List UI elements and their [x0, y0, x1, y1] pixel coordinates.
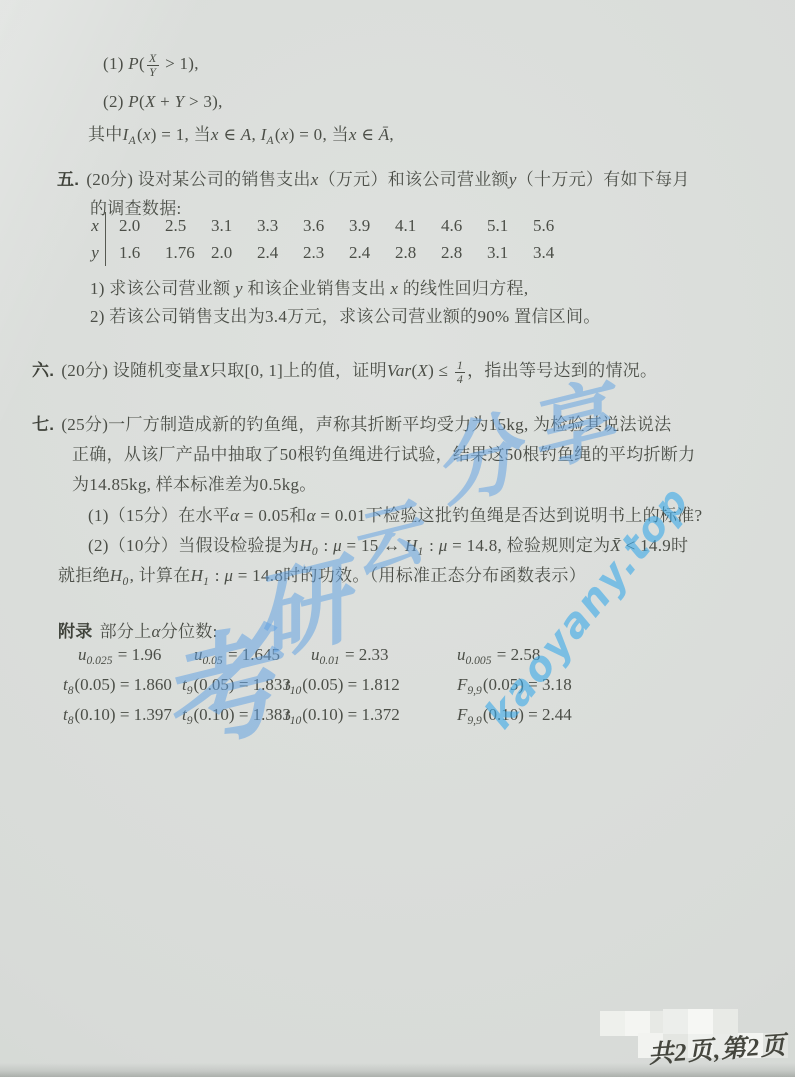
problem5-part2: 2) 若该公司销售支出为3.4万元，求该公司营业额的90% 置信区间。: [90, 302, 601, 327]
appendix-label: 附录: [58, 622, 93, 641]
quantile-cell: u0.025 = 1.96: [63, 645, 182, 675]
quantile-cell: u0.005 = 2.58: [457, 645, 572, 675]
problem5-part1: 1) 求该公司营业额 y 和该企业销售支出 x 的线性回归方程,: [90, 274, 528, 299]
quantile-cell: t9(0.05) = 1.833: [182, 675, 285, 705]
problem5-heading: 五.(20分) 设对某公司的销售支出x（万元）和该公司营业额y（十万元）有如下每…: [57, 165, 690, 190]
survey-data-table: x 2.02.53.13.33.63.94.14.65.15.6 y 1.61.…: [85, 212, 579, 266]
quantile-cell: t8(0.05) = 1.860: [63, 675, 182, 705]
problem6-text: (20分) 设随机变量X只取[0, 1]上的值，证明Var(X) ≤ 14，指出…: [61, 361, 657, 380]
survey-row-x: x 2.02.53.13.33.63.94.14.65.15.6: [85, 212, 579, 239]
quantile-cell: F9,9(0.05) = 3.18: [457, 675, 572, 705]
quantile-table: u0.025 = 1.96 u0.05 = 1.645 u0.01 = 2.33…: [63, 645, 572, 735]
problem7-number: 七.: [32, 415, 54, 434]
scanned-exam-page: (1) P(XY > 1), (2) P(X + Y > 3), 其中IA(x)…: [0, 0, 795, 1077]
problem7-line1-text: (25分)一厂方制造成新的钓鱼绳，声称其折断平均受力为15kg, 为检验其说法说…: [61, 415, 671, 434]
survey-row-x-label: x: [85, 212, 106, 239]
prob4-item2: (2) P(X + Y > 3),: [103, 92, 223, 112]
problem6-line: 六.(20分) 设随机变量X只取[0, 1]上的值，证明Var(X) ≤ 14，…: [32, 356, 657, 387]
appendix-heading-text: 部分上α分位数:: [100, 622, 218, 641]
problem7-line2: 正确，从该厂产品中抽取了50根钓鱼绳进行试验，结果这50根钓鱼绳的平均折断力: [72, 440, 695, 465]
survey-row-x-values: 2.02.53.13.33.63.94.14.65.15.6: [106, 212, 579, 239]
mosaic-block: [663, 1009, 688, 1034]
quantile-cell: u0.05 = 1.645: [182, 645, 285, 675]
problem7-line1: 七.(25分)一厂方制造成新的钓鱼绳，声称其折断平均受力为15kg, 为检验其说…: [32, 410, 671, 435]
quantile-cell: t9(0.10) = 1.383: [182, 705, 285, 735]
quantile-cell: t10(0.10) = 1.372: [285, 705, 457, 735]
survey-row-y-label: y: [85, 239, 106, 266]
survey-row-y-values: 1.61.762.02.42.32.42.82.83.13.4: [106, 239, 579, 266]
problem7-part2-line2: 就拒绝H0, 计算在H1 : μ = 14.8时的功效。（用标准正态分布函数表示…: [58, 561, 586, 588]
quantile-cell: t8(0.10) = 1.397: [63, 705, 182, 735]
prob4-indicator-note: 其中IA(x) = 1, 当x ∈ A, IA(x) = 0, 当x ∈ Ā,: [88, 120, 394, 147]
prob4-item1: (1) P(XY > 1),: [103, 52, 199, 80]
problem7-part2-line1: (2)（10分）当假设检验提为H0 : μ = 15 ↔ H1 : μ = 14…: [88, 531, 688, 558]
problem7-line3: 为14.85kg, 样本标准差为0.5kg。: [72, 470, 317, 495]
survey-row-y: y 1.61.762.02.42.32.42.82.83.13.4: [85, 239, 579, 266]
problem5-number: 五.: [57, 170, 79, 189]
problem6-number: 六.: [32, 361, 54, 380]
quantile-cell: F9,9(0.10) = 2.44: [457, 705, 572, 735]
mosaic-block: [600, 1011, 625, 1036]
quantile-cell: u0.01 = 2.33: [285, 645, 457, 675]
problem5-heading-text: (20分) 设对某公司的销售支出x（万元）和该公司营业额y（十万元）有如下每月: [86, 170, 689, 189]
quantile-cell: t10(0.05) = 1.812: [285, 675, 457, 705]
problem7-part1: (1)（15分）在水平α = 0.05和α = 0.01下检验这批钓鱼绳是否达到…: [88, 501, 702, 526]
appendix-heading: 附录部分上α分位数:: [58, 617, 218, 642]
